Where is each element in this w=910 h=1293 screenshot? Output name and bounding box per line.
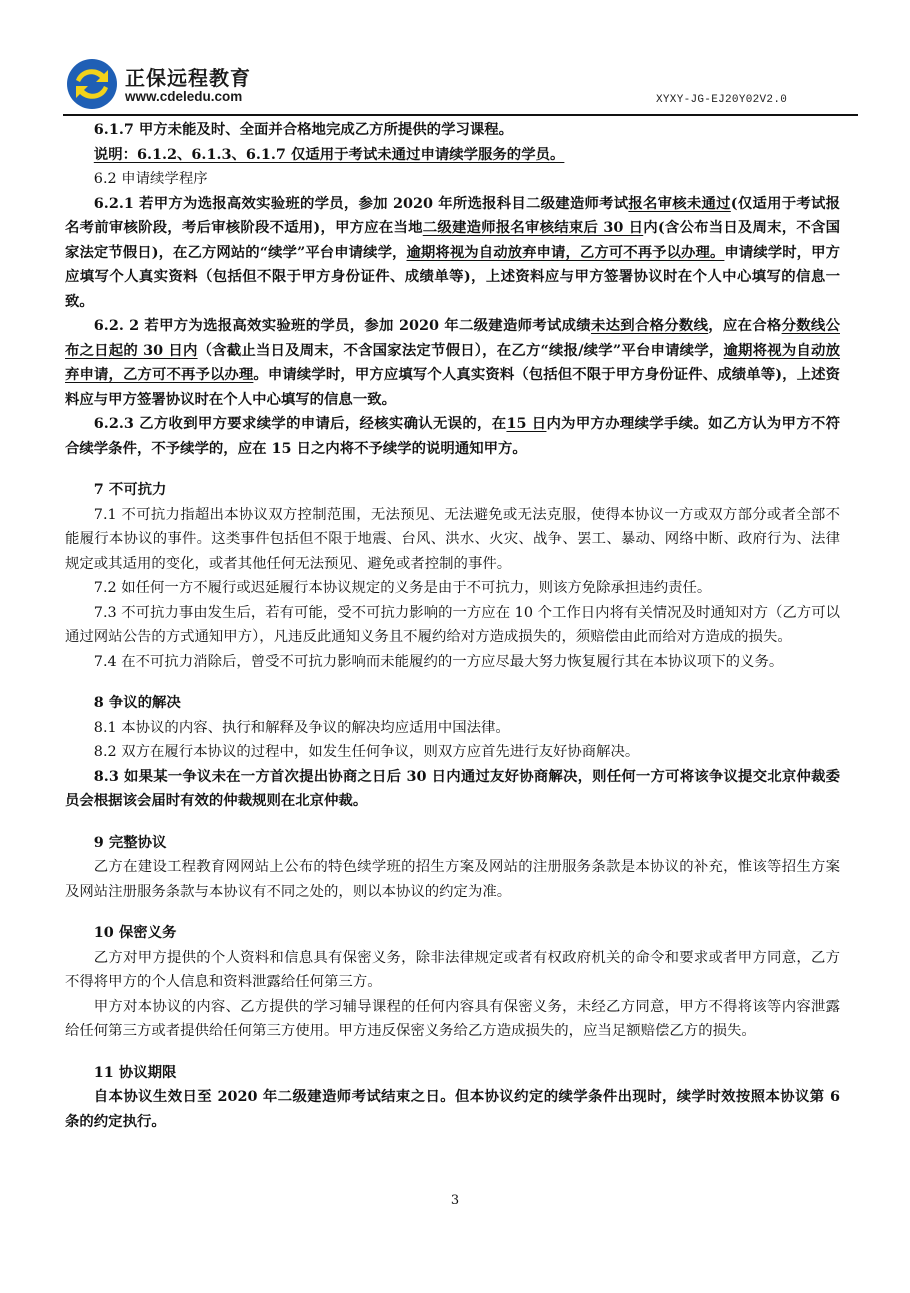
underlined-text: 逾期将视为自动放弃申请，乙方可不再予以办理。 <box>406 244 724 261</box>
document-body: 6.1.7 甲方未能及时、全面并合格地完成乙方所提供的学习课程。 说明：6.1.… <box>65 118 840 1134</box>
underlined-text: 二级建造师报名审核结束后 30 日 <box>423 219 643 236</box>
clause-text: 6.2.3 乙方收到甲方要求续学的申请后，经核实确认无误的，在 <box>94 415 507 432</box>
section-11-title: 11 协议期限 <box>65 1061 840 1086</box>
clause-6-1-7: 6.1.7 甲方未能及时、全面并合格地完成乙方所提供的学习课程。 <box>65 118 840 143</box>
clause-7-3: 7.3 不可抗力事由发生后，若有可能，受不可抗力影响的一方应在 10 个工作日内… <box>65 601 840 650</box>
section-7-title: 7 不可抗力 <box>65 478 840 503</box>
clause-6-2-2: 6.2. 2 若甲方为选报高效实验班的学员，参加 2020 年二级建造师考试成绩… <box>65 314 840 412</box>
clause-8-2: 8.2 双方在履行本协议的过程中，如发生任何争议，则双方应首先进行友好协商解决。 <box>65 740 840 765</box>
note-text: 说明：6.1.2、6.1.3、6.1.7 仅适用于考试未通过申请续学服务的学员。 <box>94 146 565 163</box>
page-number: 3 <box>0 1193 910 1208</box>
brand-name: 正保远程教育 <box>125 62 251 91</box>
clause-text: ，应在合格 <box>708 317 781 334</box>
underlined-text: 15 日 <box>506 415 546 432</box>
section-6-2-title: 6.2 申请续学程序 <box>65 167 840 192</box>
clause-6-2-3: 6.2.3 乙方收到甲方要求续学的申请后，经核实确认无误的，在15 日内为甲方办… <box>65 412 840 461</box>
clause-11: 自本协议生效日至 2020 年二级建造师考试结束之日。但本协议约定的续学条件出现… <box>65 1085 840 1134</box>
note-applicability: 说明：6.1.2、6.1.3、6.1.7 仅适用于考试未通过申请续学服务的学员。 <box>65 143 840 168</box>
clause-7-2: 7.2 如任何一方不履行或迟延履行本协议规定的义务是由于不可抗力，则该方免除承担… <box>65 576 840 601</box>
brand-url: www.cdeledu.com <box>125 89 242 104</box>
section-9-title: 9 完整协议 <box>65 831 840 856</box>
clause-7-4: 7.4 在不可抗力消除后，曾受不可抗力影响而未能履约的一方应尽最大努力恢复履行其… <box>65 650 840 675</box>
clause-10-a: 乙方对甲方提供的个人资料和信息具有保密义务，除非法律规定或者有权政府机关的命令和… <box>65 946 840 995</box>
clause-9: 乙方在建设工程教育网网站上公布的特色续学班的招生方案及网站的注册服务条款是本协议… <box>65 855 840 904</box>
cdeledu-logo-icon <box>66 58 118 110</box>
clause-text: 6.2.1 若甲方为选报高效实验班的学员，参加 2020 年所选报科目二级建造师… <box>94 195 629 212</box>
clause-text: 6.2. 2 若甲方为选报高效实验班的学员，参加 2020 年二级建造师考试成绩 <box>94 317 591 334</box>
clause-10-b: 甲方对本协议的内容、乙方提供的学习辅导课程的任何内容具有保密义务，未经乙方同意，… <box>65 995 840 1044</box>
clause-8-3: 8.3 如果某一争议未在一方首次提出协商之日后 30 日内通过友好协商解决，则任… <box>65 765 840 814</box>
clause-6-2-1: 6.2.1 若甲方为选报高效实验班的学员，参加 2020 年所选报科目二级建造师… <box>65 192 840 315</box>
underlined-text: 报名审核未通过 <box>628 195 730 212</box>
clause-7-1: 7.1 不可抗力指超出本协议双方控制范围，无法预见、无法避免或无法克服，使得本协… <box>65 503 840 577</box>
section-10-title: 10 保密义务 <box>65 921 840 946</box>
clause-8-1: 8.1 本协议的内容、执行和解释及争议的解决均应适用中国法律。 <box>65 716 840 741</box>
underlined-text: 未达到合格分数线 <box>591 317 708 334</box>
header-divider <box>63 114 858 116</box>
document-code: XYXY-JG-EJ20Y02V2.0 <box>656 94 787 106</box>
clause-text: （含截止当日及周末，不含国家法定节假日），在乙方“续报/续学”平台申请续学， <box>198 342 724 359</box>
section-8-title: 8 争议的解决 <box>65 691 840 716</box>
